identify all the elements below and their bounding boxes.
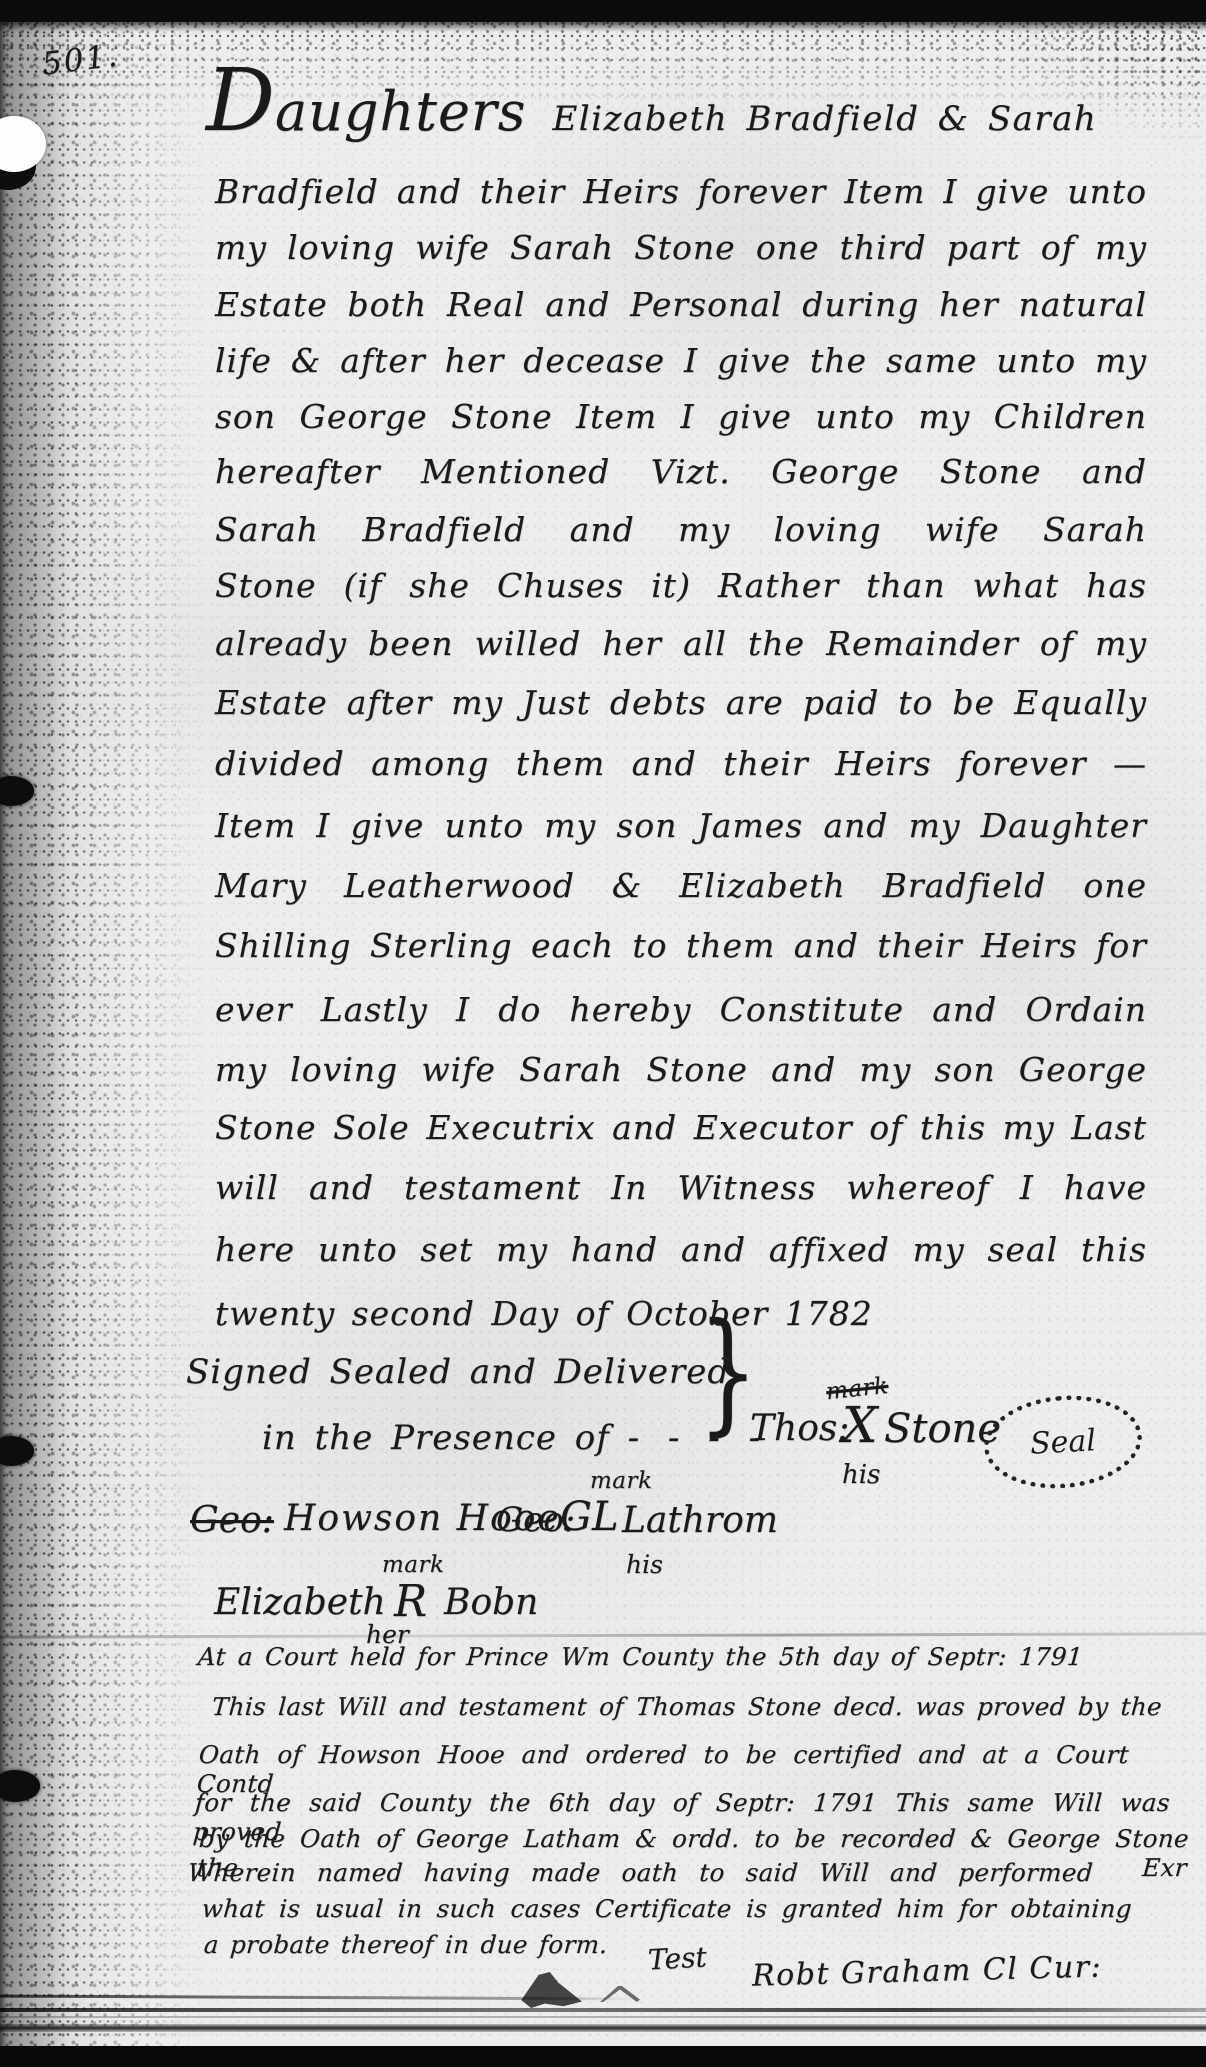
will-line: Mary Leatherwood & Elizabeth Bradfield o… xyxy=(215,866,1147,905)
will-line: Stone Sole Executrix and Executor of thi… xyxy=(215,1108,1147,1147)
attestation-test-label: Test xyxy=(647,1940,707,1976)
will-line: divided among them and their Heirs forev… xyxy=(215,744,1147,783)
will-line: will and testament In Witness whereof I … xyxy=(215,1168,1147,1207)
will-opening-line: Daughters Elizabeth Bradfield & Sarah xyxy=(206,58,1097,144)
will-line: Bradfield and their Heirs forever Item I… xyxy=(215,172,1147,211)
seal-label: Seal xyxy=(1029,1423,1097,1461)
probate-line: At a Court held for Prince Wm County the… xyxy=(197,1642,1084,1671)
scan-streak xyxy=(0,2008,1206,2012)
will-line: Item I give unto my son James and my Dau… xyxy=(215,806,1147,845)
ink-blot-doodle xyxy=(520,1972,582,2008)
will-line: Stone (if she Chuses it) Rather than wha… xyxy=(215,566,1147,605)
witness2-surname: Lathrom xyxy=(622,1500,778,1541)
testator-mark-label-below: his xyxy=(842,1460,880,1490)
scanned-will-page: 501. Daughters Elizabeth Bradfield & Sar… xyxy=(0,0,1206,2067)
will-line: Estate both Real and Personal during her… xyxy=(215,285,1147,324)
will-line: ever Lastly I do hereby Constitute and O… xyxy=(215,990,1147,1029)
scan-bottom-edge xyxy=(0,2046,1206,2067)
presence-line: in the Presence of - - - - xyxy=(262,1418,766,1458)
presence-text: in the Presence of xyxy=(262,1418,610,1458)
binding-edge-noise xyxy=(0,0,205,2067)
clerk-signature: Robt Graham Cl Cur: xyxy=(752,1949,1103,1993)
will-line: my loving wife Sarah Stone one third par… xyxy=(215,228,1147,267)
will-line: here unto set my hand and affixed my sea… xyxy=(215,1230,1147,1269)
signed-sealed-line: Signed Sealed and Delivered xyxy=(186,1352,730,1392)
witness2-mark-label-above: mark xyxy=(590,1468,652,1494)
probate-line: what is usual in such cases Certificate … xyxy=(201,1894,1133,1923)
testator-mark-x: X xyxy=(842,1396,878,1454)
witness3-surname: Bobn xyxy=(444,1582,538,1623)
opening-word-rest: aughters xyxy=(275,85,527,139)
witness3-given-name: Elizabeth xyxy=(214,1582,386,1623)
probate-line: a probate thereof in due form. xyxy=(203,1930,609,1959)
probate-line: This last Will and testament of Thomas S… xyxy=(211,1692,1163,1721)
opening-initial: D xyxy=(206,58,275,144)
seal-wreath: Seal xyxy=(980,1389,1145,1494)
witness3-mark-label-above: mark xyxy=(382,1552,444,1578)
spine-shadow xyxy=(0,0,7,2067)
probate-line: Wherein named having made oath to said W… xyxy=(187,1858,1094,1887)
will-line: twenty second Day of October 1782 xyxy=(215,1294,873,1333)
opening-line-rest: Elizabeth Bradfield & Sarah xyxy=(552,99,1097,139)
will-line: son George Stone Item I give unto my Chi… xyxy=(215,397,1147,436)
will-line: already been willed her all the Remainde… xyxy=(215,624,1147,663)
witness-struck-prefix: Geo: xyxy=(190,1500,274,1541)
will-line: Shilling Sterling each to them and their… xyxy=(215,926,1147,965)
testator-name-prefix: Thos: xyxy=(750,1408,849,1449)
scan-streak xyxy=(0,2016,1206,2018)
will-line: Estate after my Just debts are paid to b… xyxy=(215,683,1147,722)
scan-streak xyxy=(0,2024,1206,2032)
will-line: my loving wife Sarah Stone and my son Ge… xyxy=(215,1050,1147,1089)
will-line: hereafter Mentioned Vizt. George Stone a… xyxy=(215,452,1147,491)
will-line: Sarah Bradfield and my loving wife Sarah xyxy=(215,510,1147,549)
witness2-mark: GL xyxy=(560,1494,619,1540)
witness2-mark-label-below: his xyxy=(626,1550,663,1579)
will-line: life & after her decease I give the same… xyxy=(215,341,1147,380)
